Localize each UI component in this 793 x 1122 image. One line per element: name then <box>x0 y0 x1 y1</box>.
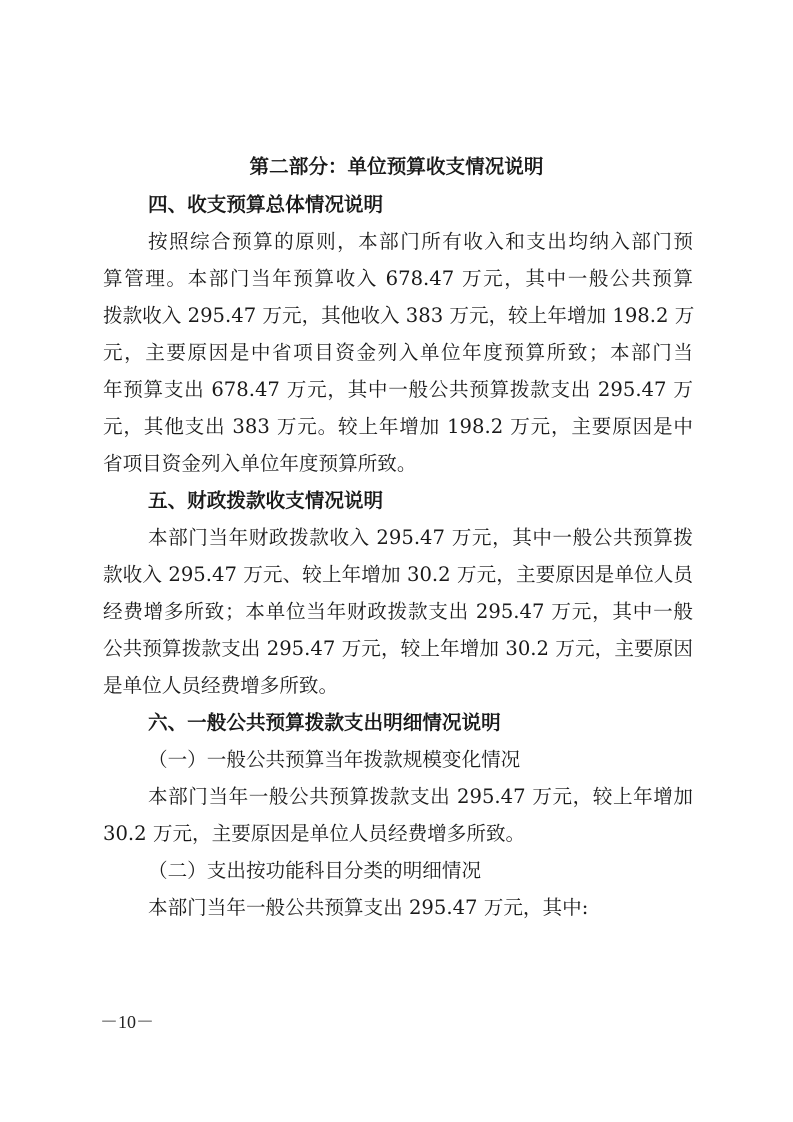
section-5-paragraph-line: 经费增多所致；本单位当年财政拨款支出 295.47 万元，其中一般 <box>103 597 693 627</box>
section-5-heading: 五、财政拨款收支情况说明 <box>148 486 693 516</box>
part-title: 第二部分：单位预算收支情况说明 <box>0 152 793 182</box>
section-4-paragraph-line: 按照综合预算的原则，本部门所有收入和支出均纳入部门预 <box>148 227 693 257</box>
section-4-paragraph-line: 省项目资金列入单位年度预算所致。 <box>103 449 693 479</box>
subsection-2-heading: （二）支出按功能科目分类的明细情况 <box>148 856 693 886</box>
subsection-1-heading: （一）一般公共预算当年拨款规模变化情况 <box>148 745 693 775</box>
subsection-1-paragraph-line: 本部门当年一般公共预算拨款支出 295.47 万元，较上年增加 <box>148 782 693 812</box>
subsection-1-paragraph-line: 30.2 万元，主要原因是单位人员经费增多所致。 <box>103 819 693 849</box>
section-5-paragraph-line: 款收入 295.47 万元、较上年增加 30.2 万元，主要原因是单位人员 <box>103 560 693 590</box>
section-5-paragraph-line: 本部门当年财政拨款收入 295.47 万元，其中一般公共预算拨 <box>148 523 693 553</box>
section-6-heading: 六、一般公共预算拨款支出明细情况说明 <box>148 708 693 738</box>
subsection-2-paragraph-line: 本部门当年一般公共预算支出 295.47 万元，其中: <box>148 893 693 923</box>
page-number: －10－ <box>100 1010 154 1034</box>
section-5-paragraph-line: 是单位人员经费增多所致。 <box>103 671 693 701</box>
section-4-paragraph-line: 拨款收入 295.47 万元，其他收入 383 万元，较上年增加 198.2 万 <box>103 301 693 331</box>
document-page: 第二部分：单位预算收支情况说明 四、收支预算总体情况说明 按照综合预算的原则，本… <box>0 0 793 1122</box>
section-5-paragraph-line: 公共预算拨款支出 295.47 万元，较上年增加 30.2 万元，主要原因 <box>103 634 693 664</box>
section-4-paragraph-line: 年预算支出 678.47 万元，其中一般公共预算拨款支出 295.47 万 <box>103 375 693 405</box>
section-4-paragraph-line: 元，其他支出 383 万元。较上年增加 198.2 万元，主要原因是中 <box>103 412 693 442</box>
section-4-paragraph-line: 元，主要原因是中省项目资金列入单位年度预算所致；本部门当 <box>103 338 693 368</box>
section-4-paragraph-line: 算管理。本部门当年预算收入 678.47 万元，其中一般公共预算 <box>103 264 693 294</box>
section-4-heading: 四、收支预算总体情况说明 <box>148 190 693 220</box>
